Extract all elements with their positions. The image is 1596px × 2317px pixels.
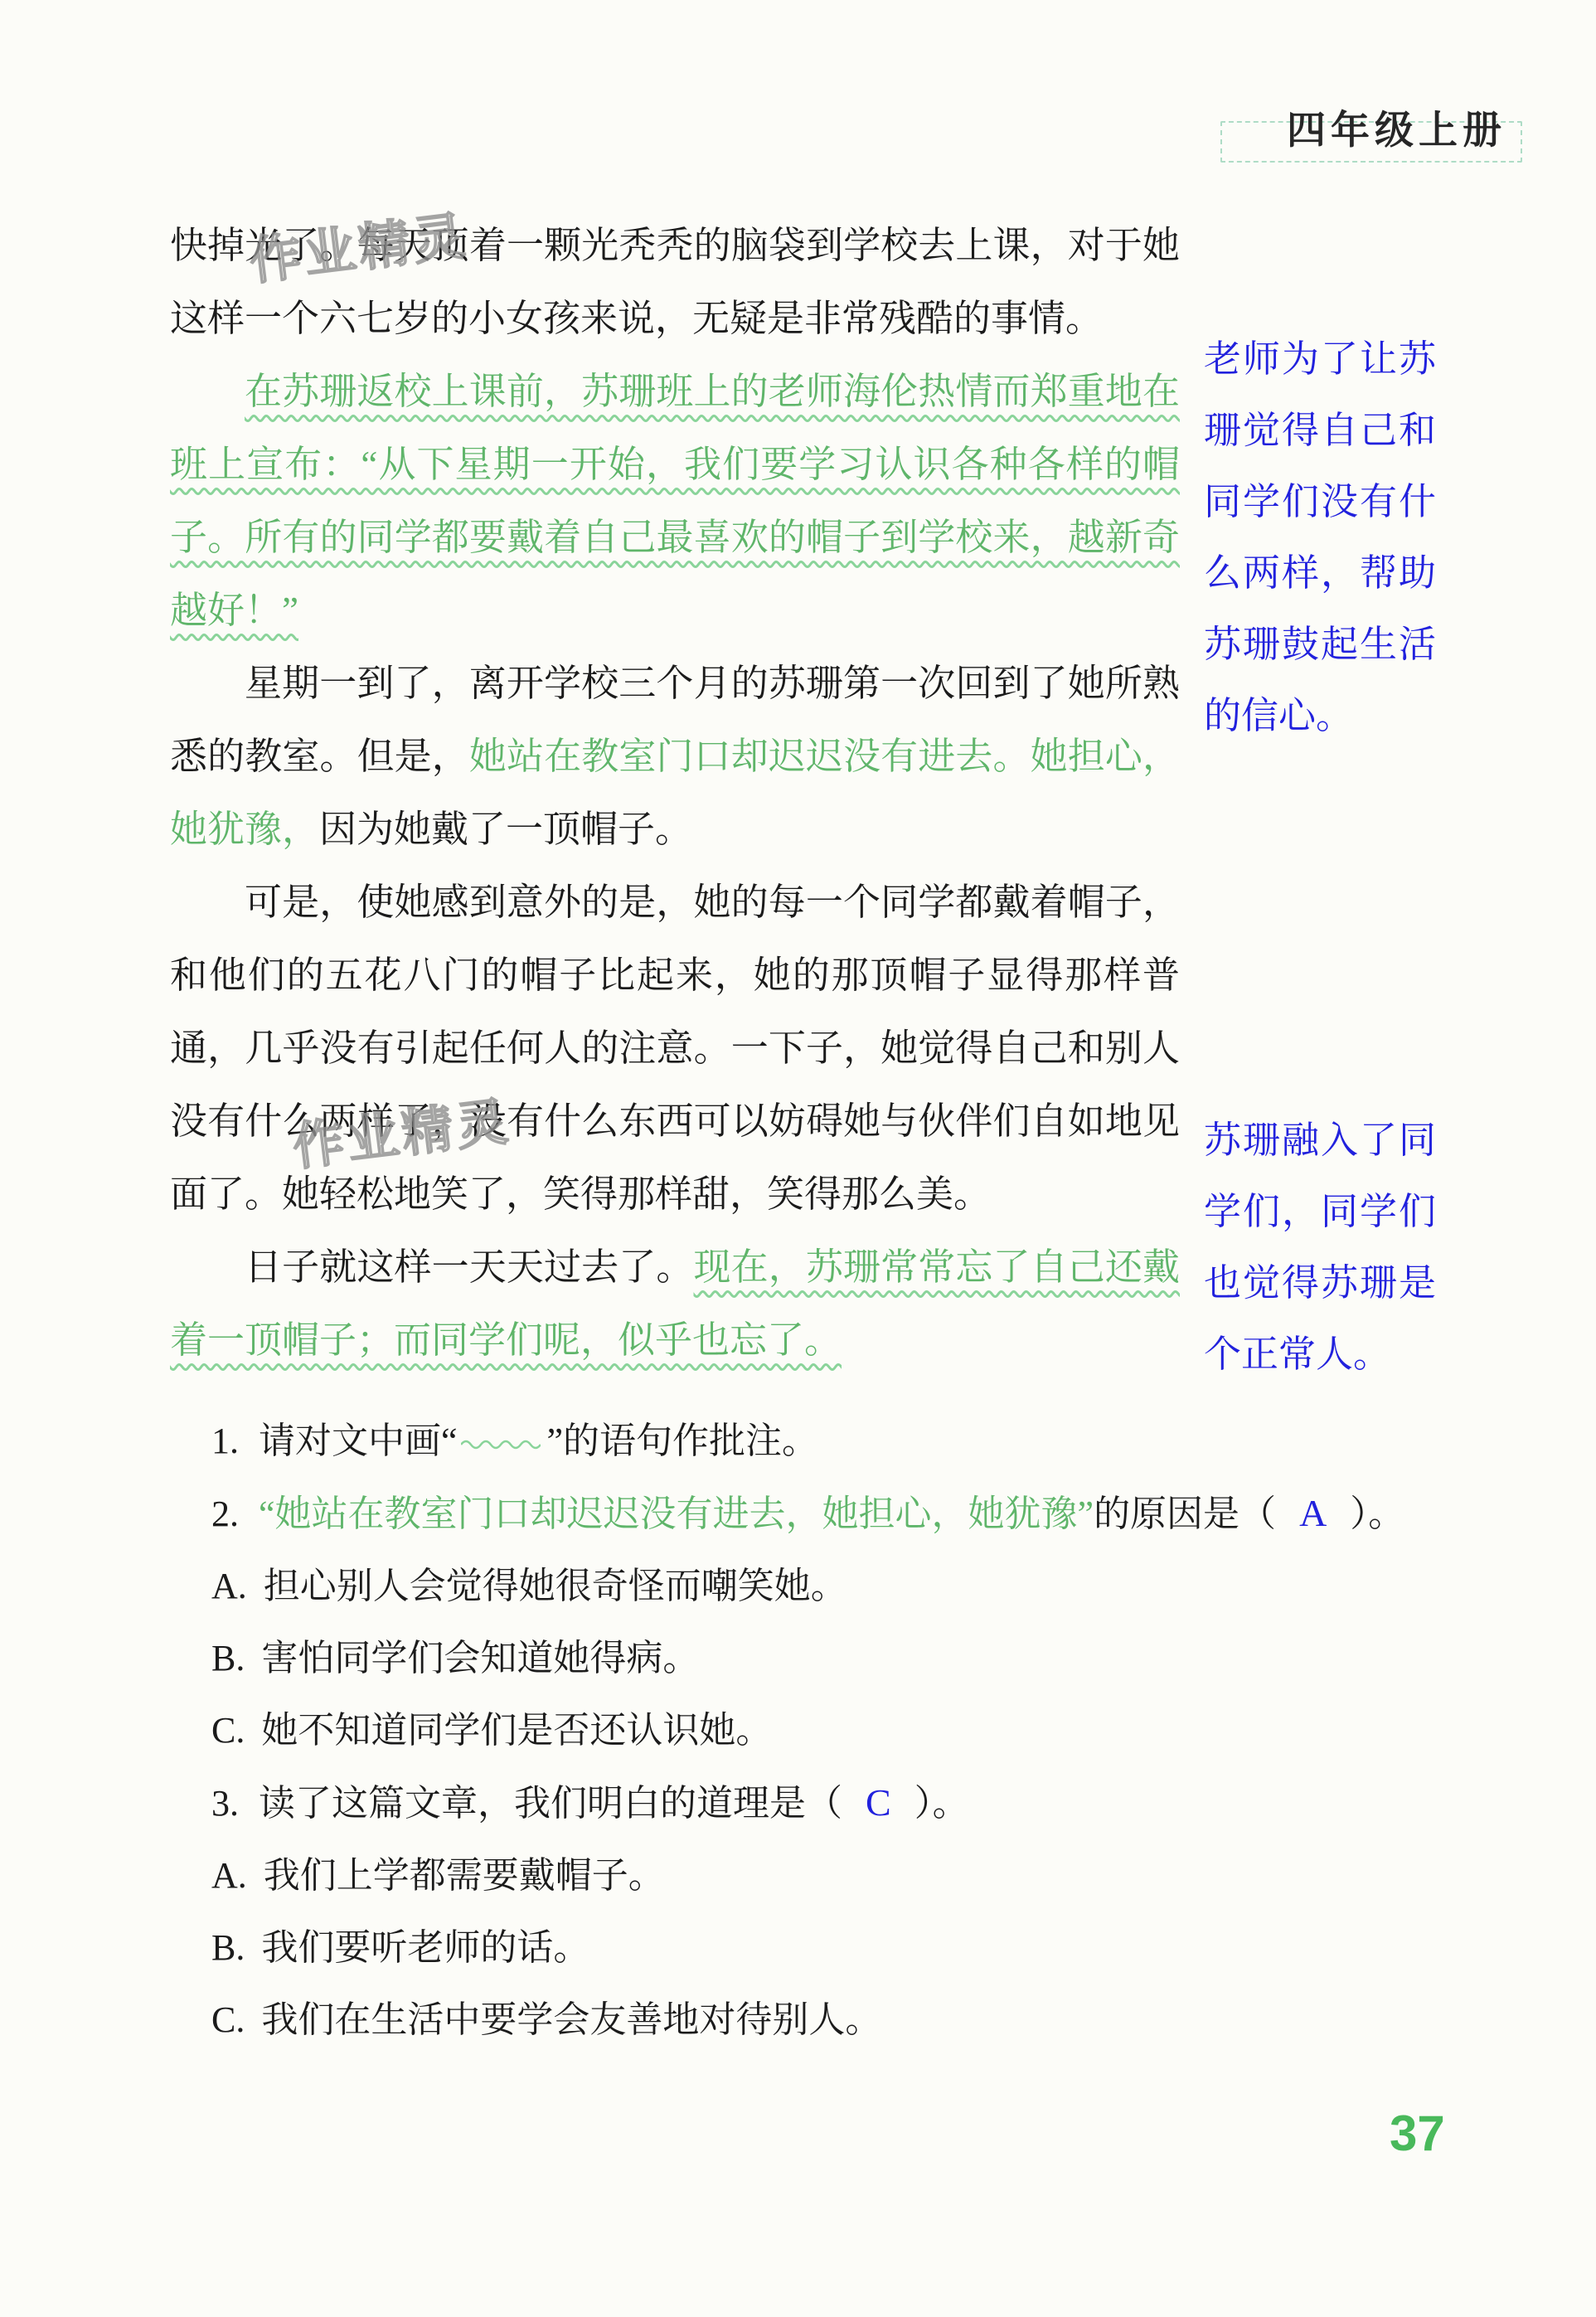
text-segment-plain: 因为她戴了一顶帽子。 (319, 809, 692, 850)
text-segment-plain: 请对文中画“ (259, 1421, 458, 1461)
option-label: B. (211, 1927, 245, 1968)
option-label: A. (211, 1566, 247, 1606)
option-text: 担心别人会觉得她很奇怪而嘲笑她。 (264, 1566, 847, 1606)
question-line: 2.“她站在教室门口却迟迟没有进去，她担心，她犹豫”的原因是（A）。 (170, 1477, 1513, 1550)
question-option: A.担心别人会觉得她很奇怪而嘲笑她。 (170, 1550, 1513, 1622)
option-label: B. (211, 1638, 245, 1678)
option-text: 我们在生活中要学会友善地对待别人。 (261, 1999, 881, 2040)
text-segment-plain: 读了这篇文章，我们明白的道理是（ (259, 1783, 842, 1824)
option-text: 我们要听老师的话。 (261, 1927, 589, 1968)
page-header: 四年级上册 (1287, 100, 1506, 155)
question-option: A.我们上学都需要戴帽子。 (170, 1839, 1513, 1911)
page-number: 37 (1390, 2105, 1445, 2162)
option-text: 害怕同学们会知道她得病。 (261, 1638, 699, 1678)
text-segment-plain: 快掉光了。每天顶着一颗光秃秃的脑袋到学校去上课，对于她这样一个六七岁的小女孩来说… (170, 225, 1180, 339)
text-segment-wavy: 在苏珊返校上课前，苏珊班上的老师海伦热情而郑重地在班上宣布：“从下星期一开始，我… (170, 371, 1180, 631)
passage: 快掉光了。每天顶着一颗光秃秃的脑袋到学校去上课，对于她这样一个六七岁的小女孩来说… (170, 209, 1180, 1377)
option-text: 她不知道同学们是否还认识她。 (261, 1710, 772, 1751)
text-segment-plain: ）。 (914, 1783, 969, 1824)
option-label: C. (211, 1710, 245, 1751)
questions: 1.请对文中画“”的语句作批注。2.“她站在教室门口却迟迟没有进去，她担心，她犹… (170, 1403, 1513, 2056)
passage-paragraph: 星期一到了，离开学校三个月的苏珊第一次回到了她所熟悉的教室。但是，她站在教室门口… (170, 647, 1180, 866)
page-header-grade-label: 四年级上册 (1287, 100, 1506, 155)
option-label: A. (211, 1855, 247, 1896)
passage-paragraph: 可是，使她感到意外的是，她的每一个同学都戴着帽子，和他们的五花八门的帽子比起来，… (170, 866, 1180, 1231)
text-segment-answer: A (1276, 1492, 1350, 1534)
text-segment-plain: 的原因是（ (1094, 1494, 1276, 1534)
text-segment-answer: C (842, 1781, 914, 1824)
workbook-page: { "colors": { "ink": "#1b1b1b", "green_t… (0, 0, 1596, 2317)
option-text: 我们上学都需要戴帽子。 (264, 1855, 665, 1896)
text-segment-plain: 可是，使她感到意外的是，她的每一个同学都戴着帽子，和他们的五花八门的帽子比起来，… (170, 882, 1180, 1215)
question-number: 2. (211, 1494, 239, 1534)
question-number: 1. (211, 1421, 239, 1461)
question-number: 3. (211, 1783, 239, 1824)
question-line: 3.读了这篇文章，我们明白的道理是（C）。 (170, 1766, 1513, 1839)
wavy-line-icon (461, 1403, 541, 1475)
passage-paragraph: 日子就这样一天天过去了。现在，苏珊常常忘了自己还戴着一顶帽子；而同学们呢，似乎也… (170, 1231, 1180, 1377)
text-segment-plain: 日子就这样一天天过去了。 (245, 1246, 694, 1288)
passage-paragraph: 快掉光了。每天顶着一颗光秃秃的脑袋到学校去上课，对于她这样一个六七岁的小女孩来说… (170, 209, 1180, 355)
text-segment-green: “她站在教室门口却迟迟没有进去，她担心，她犹豫” (259, 1494, 1094, 1534)
question-option: C.她不知道同学们是否还认识她。 (170, 1694, 1513, 1766)
text-segment-plain: ”的语句作批注。 (547, 1421, 819, 1461)
text-segment-plain: ）。 (1350, 1494, 1404, 1534)
question-option: B.害怕同学们会知道她得病。 (170, 1622, 1513, 1694)
margin-note: 老师为了让苏珊觉得自己和同学们没有什么两样，帮助苏珊鼓起生活的信心。 (1204, 323, 1436, 751)
margin-note: 苏珊融入了同学们，同学们也觉得苏珊是个正常人。 (1204, 1105, 1436, 1390)
question-option: C.我们在生活中要学会友善地对待别人。 (170, 1984, 1513, 2056)
question-line: 1.请对文中画“”的语句作批注。 (170, 1403, 1513, 1477)
question-option: B.我们要听老师的话。 (170, 1911, 1513, 1984)
option-label: C. (211, 1999, 245, 2040)
passage-paragraph: 在苏珊返校上课前，苏珊班上的老师海伦热情而郑重地在班上宣布：“从下星期一开始，我… (170, 355, 1180, 647)
